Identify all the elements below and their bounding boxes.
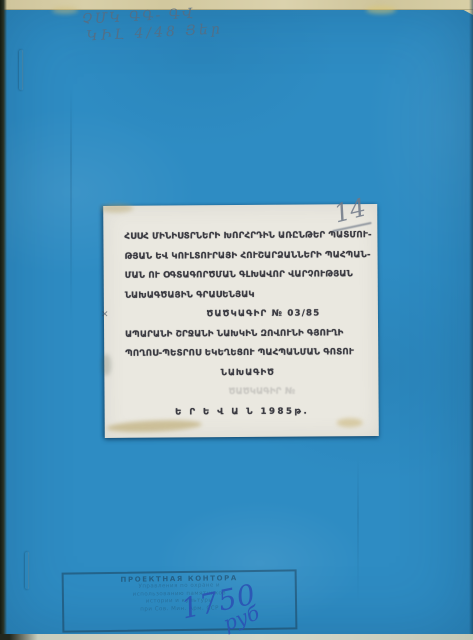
label-stain	[337, 418, 363, 427]
label-stain	[101, 204, 133, 213]
pencil-x-mark: ✕	[101, 310, 109, 320]
ghost-code-line: ԾԱԾԿԱԳԻՐ №	[145, 382, 378, 403]
organization-line1: ՀՍՍՀ ՄԻՆԻՍՏՐՆԵՐԻ ԽՈՐՀՐԴԻՆ ԱՌԸՆԹԵՐ ՊԱՏՄՈՒ…	[124, 226, 357, 247]
title-label: ՀՍՍՀ ՄԻՆԻՍՏՐՆԵՐԻ ԽՈՐՀՐԴԻՆ ԱՌԸՆԹԵՐ ՊԱՏՄՈՒ…	[103, 204, 379, 438]
scanned-document-cover: ՉՄԿ ԳԳ- ԳՎ ԿԻԼ 4/48 Յեր 14 ✕ ՀՍՍՀ ՄԻՆԻՍՏ…	[0, 0, 473, 640]
subject-line1: ԱՊԱՐԱՆԻ ՇՐՋԱՆԻ ՆԱԽԿԻՆ ԶՈՎՈՒՆԻ ԳՅՈՒՂԻ	[125, 324, 358, 345]
scan-edge-left	[0, 0, 7, 640]
stain-top-left	[52, 7, 78, 14]
subject-line2: ՊՈՂՈՍ-ՊԵՏՐՈՍ ԵԿԵՂԵՑՈՒ ՊԱՀՊԱՆՄԱՆ ԳՈՏՈՒ	[125, 343, 358, 364]
handwritten-archive-note: ՉՄԿ ԳԳ- ԳՎ ԿԻԼ 4/48 Յեր	[81, 4, 223, 45]
stain-top-right	[366, 6, 396, 14]
scan-edge-bottom	[0, 634, 473, 640]
label-stain	[107, 419, 202, 434]
cover-crease	[357, 455, 359, 605]
label-stain	[101, 354, 111, 376]
staple-bottom	[25, 552, 28, 589]
cover-crease	[70, 88, 72, 323]
scan-edge-right	[469, 0, 473, 640]
organization-line2: ԹՅԱՆ ԵՎ ԿՈՒԼՏՈՒՐԱՅԻ ՀՈՒՇԱՐՁԱՆՆԵՐԻ ՊԱՀՊԱՆ…	[124, 246, 357, 267]
organization-line3: ՄԱՆ ՈՒ ՕԳՏԱԳՈՐԾՄԱՆ ԳԼԽԱՎՈՐ ՎԱՐՉՈՒԹՅԱՆ	[125, 265, 358, 286]
staple-top	[19, 50, 22, 90]
title-label-text: ՀՍՍՀ ՄԻՆԻՍՏՐՆԵՐԻ ԽՈՐՀՐԴԻՆ ԱՌԸՆԹԵՐ ՊԱՏՄՈՒ…	[124, 226, 358, 423]
document-type-line: ՆԱԽԱԳԻԾ	[131, 363, 364, 384]
project-code-line: ԾԱԾԿԱԳԻՐ № 03/85	[147, 304, 380, 325]
organization-line4: ՆԱԽԱԳԾԱՅԻՆ ԳՐԱՍԵՆՅԱԿ	[125, 285, 358, 306]
